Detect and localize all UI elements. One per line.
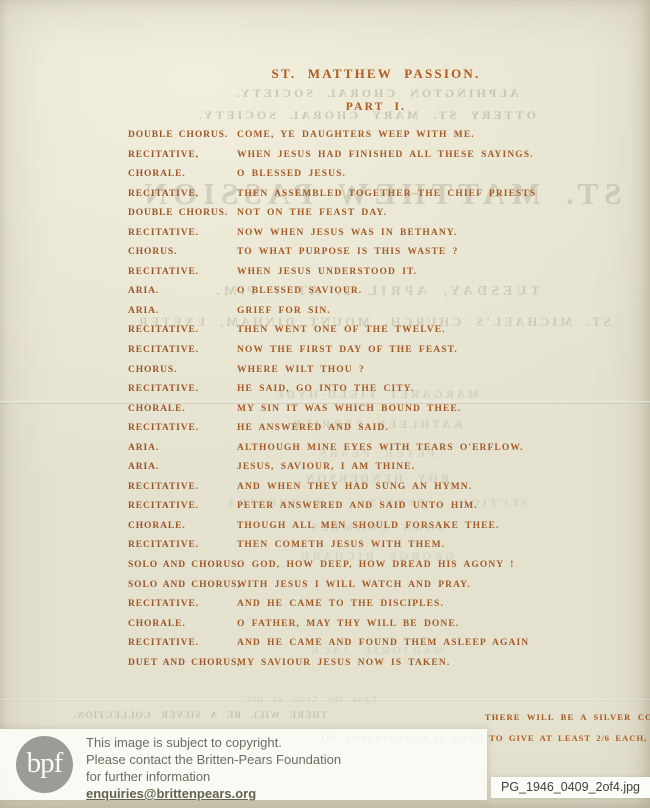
movement-type: ARIA.	[128, 443, 237, 453]
movement-title: O BLESSED SAVIOUR.	[237, 286, 362, 296]
movement-title: MY SIN IT WAS WHICH BOUND THEE.	[237, 404, 461, 414]
movement-type: CHORUS.	[128, 365, 237, 375]
programme-row: ARIA. JESUS, SAVIOUR, I AM THINE.	[128, 462, 608, 482]
movement-title: THEN ASSEMBLED TOGETHER THE CHIEF PRIEST…	[237, 189, 536, 199]
programme-row: RECITATIVE. NOW THE FIRST DAY OF THE FEA…	[128, 345, 608, 365]
page-title: ST. MATTHEW PASSION.	[120, 66, 632, 82]
movement-type: RECITATIVE.	[128, 638, 237, 648]
movement-type: CHORALE.	[128, 169, 237, 179]
movement-title: THEN COMETH JESUS WITH THEM.	[237, 540, 445, 550]
programme-row: RECITATIVE. WHEN JESUS UNDERSTOOD IT.	[128, 267, 608, 287]
programme-row: RECITATIVE. AND HE CAME AND FOUND THEM A…	[128, 638, 608, 658]
bpf-logo: bpf	[16, 736, 73, 793]
movement-type: CHORALE.	[128, 619, 237, 629]
bleedthrough-society-1: ALPHINGTON CHORAL SOCIETY.	[120, 86, 632, 101]
contact-email-link[interactable]: enquiries@brittenpears.org	[86, 785, 341, 802]
programme-row: DOUBLE CHORUS. NOT ON THE FEAST DAY.	[128, 208, 608, 228]
programme-row: RECITATIVE. THEN COMETH JESUS WITH THEM.	[128, 540, 608, 560]
programme-row: CHORALE. MY SIN IT WAS WHICH BOUND THEE.	[128, 404, 608, 424]
movement-type: RECITATIVE.	[128, 267, 237, 277]
programme-row: CHORUS. TO WHAT PURPOSE IS THIS WASTE ?	[128, 247, 608, 267]
copyright-line-3: for further information	[86, 768, 341, 785]
copyright-text: This image is subject to copyright. Plea…	[86, 734, 341, 802]
movement-title: TO WHAT PURPOSE IS THIS WASTE ?	[237, 247, 458, 257]
programme-row: DOUBLE CHORUS. COME, YE DAUGHTERS WEEP W…	[128, 130, 608, 150]
movement-type: RECITATIVE,	[128, 189, 237, 199]
programme-row: RECITATIVE, THEN ASSEMBLED TOGETHER THE …	[128, 189, 608, 209]
movement-title: COME, YE DAUGHTERS WEEP WITH ME.	[237, 130, 475, 140]
programme-row: ARIA. O BLESSED SAVIOUR.	[128, 286, 608, 306]
programme-row: CHORUS. WHERE WILT THOU ?	[128, 365, 608, 385]
movement-type: RECITATIVE,	[128, 150, 237, 160]
movement-title: THOUGH ALL MEN SHOULD FORSAKE THEE.	[237, 521, 499, 531]
movement-title: MY SAVIOUR JESUS NOW IS TAKEN.	[237, 658, 450, 668]
programme-row: RECITATIVE. THEN WENT ONE OF THE TWELVE.	[128, 325, 608, 345]
movement-title: O BLESSED JESUS.	[237, 169, 346, 179]
movement-type: RECITATIVE.	[128, 540, 237, 550]
programme-row: RECITATIVE. AND HE CAME TO THE DISCIPLES…	[128, 599, 608, 619]
bleedthrough-silver-mirror: THERE WILL BE A SILVER COLLECTION.	[40, 711, 360, 721]
programme-row: CHORALE. O FATHER, MAY THY WILL BE DONE.	[128, 619, 608, 639]
movement-type: DUET AND CHORUS,	[128, 658, 237, 668]
copyright-line-1: This image is subject to copyright.	[86, 734, 341, 751]
movement-type: RECITATIVE.	[128, 345, 237, 355]
movement-type: RECITATIVE.	[128, 325, 237, 335]
movement-title: AND HE CAME TO THE DISCIPLES.	[237, 599, 444, 609]
movement-title: AND HE CAME AND FOUND THEM ASLEEP AGAIN	[237, 638, 529, 648]
movement-type: RECITATIVE.	[128, 228, 237, 238]
movement-type: CHORALE.	[128, 404, 237, 414]
movement-title: WITH JESUS I WILL WATCH AND PRAY.	[237, 580, 471, 590]
image-filename-label: PG_1946_0409_2of4.jpg	[491, 777, 650, 798]
movement-type: RECITATIVE.	[128, 599, 237, 609]
movement-title: WHEN JESUS HAD FINISHED ALL THESE SAYING…	[237, 150, 534, 160]
programme-row: RECITATIVE, WHEN JESUS HAD FINISHED ALL …	[128, 150, 608, 170]
programme-row: RECITATIVE. AND WHEN THEY HAD SUNG AN HY…	[128, 482, 608, 502]
programme-row: DUET AND CHORUS, MY SAVIOUR JESUS NOW IS…	[128, 658, 608, 678]
programme-row: ARIA. GRIEF FOR SIN.	[128, 306, 608, 326]
movement-title: O GOD, HOW DEEP, HOW DREAD HIS AGONY !	[237, 560, 514, 570]
programme-list: DOUBLE CHORUS. COME, YE DAUGHTERS WEEP W…	[128, 130, 608, 677]
silver-collection-notice: THERE WILL BE A SILVER CO	[485, 712, 650, 722]
movement-type: ARIA.	[128, 462, 237, 472]
programme-row: RECITATIVE. PETER ANSWERED AND SAID UNTO…	[128, 501, 608, 521]
programme-row: CHORALE. O BLESSED JESUS.	[128, 169, 608, 189]
movement-title: AND WHEN THEY HAD SUNG AN HYMN.	[237, 482, 472, 492]
movement-type: DOUBLE CHORUS.	[128, 208, 237, 218]
movement-title: WHERE WILT THOU ?	[237, 365, 365, 375]
movement-type: CHORUS.	[128, 247, 237, 257]
movement-title: JESUS, SAVIOUR, I AM THINE.	[237, 462, 415, 472]
movement-title: NOT ON THE FEAST DAY.	[237, 208, 387, 218]
movement-type: RECITATIVE.	[128, 501, 237, 511]
movement-type: ARIA.	[128, 286, 237, 296]
part-heading: PART I.	[120, 101, 632, 113]
movement-type: RECITATIVE.	[128, 482, 237, 492]
movement-type: SOLO AND CHORUS.	[128, 560, 237, 570]
movement-type: RECITATIVE.	[128, 423, 237, 433]
copyright-line-2: Please contact the Britten-Pears Foundat…	[86, 751, 341, 768]
movement-type: CHORALE.	[128, 521, 237, 531]
programme-row: ARIA. ALTHOUGH MINE EYES WITH TEARS O'ER…	[128, 443, 608, 463]
movement-title: HE ANSWERED AND SAID.	[237, 423, 389, 433]
movement-type: SOLO AND CHORUS,	[128, 580, 237, 590]
programme-row: RECITATIVE. HE ANSWERED AND SAID.	[128, 423, 608, 443]
movement-type: DOUBLE CHORUS.	[128, 130, 237, 140]
movement-title: NOW THE FIRST DAY OF THE FEAST.	[237, 345, 458, 355]
movement-title: NOW WHEN JESUS WAS IN BETHANY.	[237, 228, 457, 238]
programme-row: SOLO AND CHORUS, WITH JESUS I WILL WATCH…	[128, 580, 608, 600]
movement-title: GRIEF FOR SIN.	[237, 306, 331, 316]
movement-title: PETER ANSWERED AND SAID UNTO HIM.	[237, 501, 478, 511]
programme-row: RECITATIVE. HE SAID, GO INTO THE CITY.	[128, 384, 608, 404]
movement-title: WHEN JESUS UNDERSTOOD IT.	[237, 267, 417, 277]
movement-type: RECITATIVE.	[128, 384, 237, 394]
movement-title: O FATHER, MAY THY WILL BE DONE.	[237, 619, 459, 629]
programme-row: CHORALE. THOUGH ALL MEN SHOULD FORSAKE T…	[128, 521, 608, 541]
movement-title: THEN WENT ONE OF THE TWELVE.	[237, 325, 446, 335]
movement-title: HE SAID, GO INTO THE CITY.	[237, 384, 414, 394]
movement-type: ARIA.	[128, 306, 237, 316]
copyright-strip: bpf This image is subject to copyright. …	[0, 729, 487, 800]
scanned-programme-page: ALPHINGTON CHORAL SOCIETY. OTTERY ST. MA…	[0, 0, 650, 808]
paper-crease-lower	[0, 699, 650, 701]
programme-row: RECITATIVE. NOW WHEN JESUS WAS IN BETHAN…	[128, 228, 608, 248]
programme-row: SOLO AND CHORUS. O GOD, HOW DEEP, HOW DR…	[128, 560, 608, 580]
movement-title: ALTHOUGH MINE EYES WITH TEARS O'ERFLOW.	[237, 443, 524, 453]
